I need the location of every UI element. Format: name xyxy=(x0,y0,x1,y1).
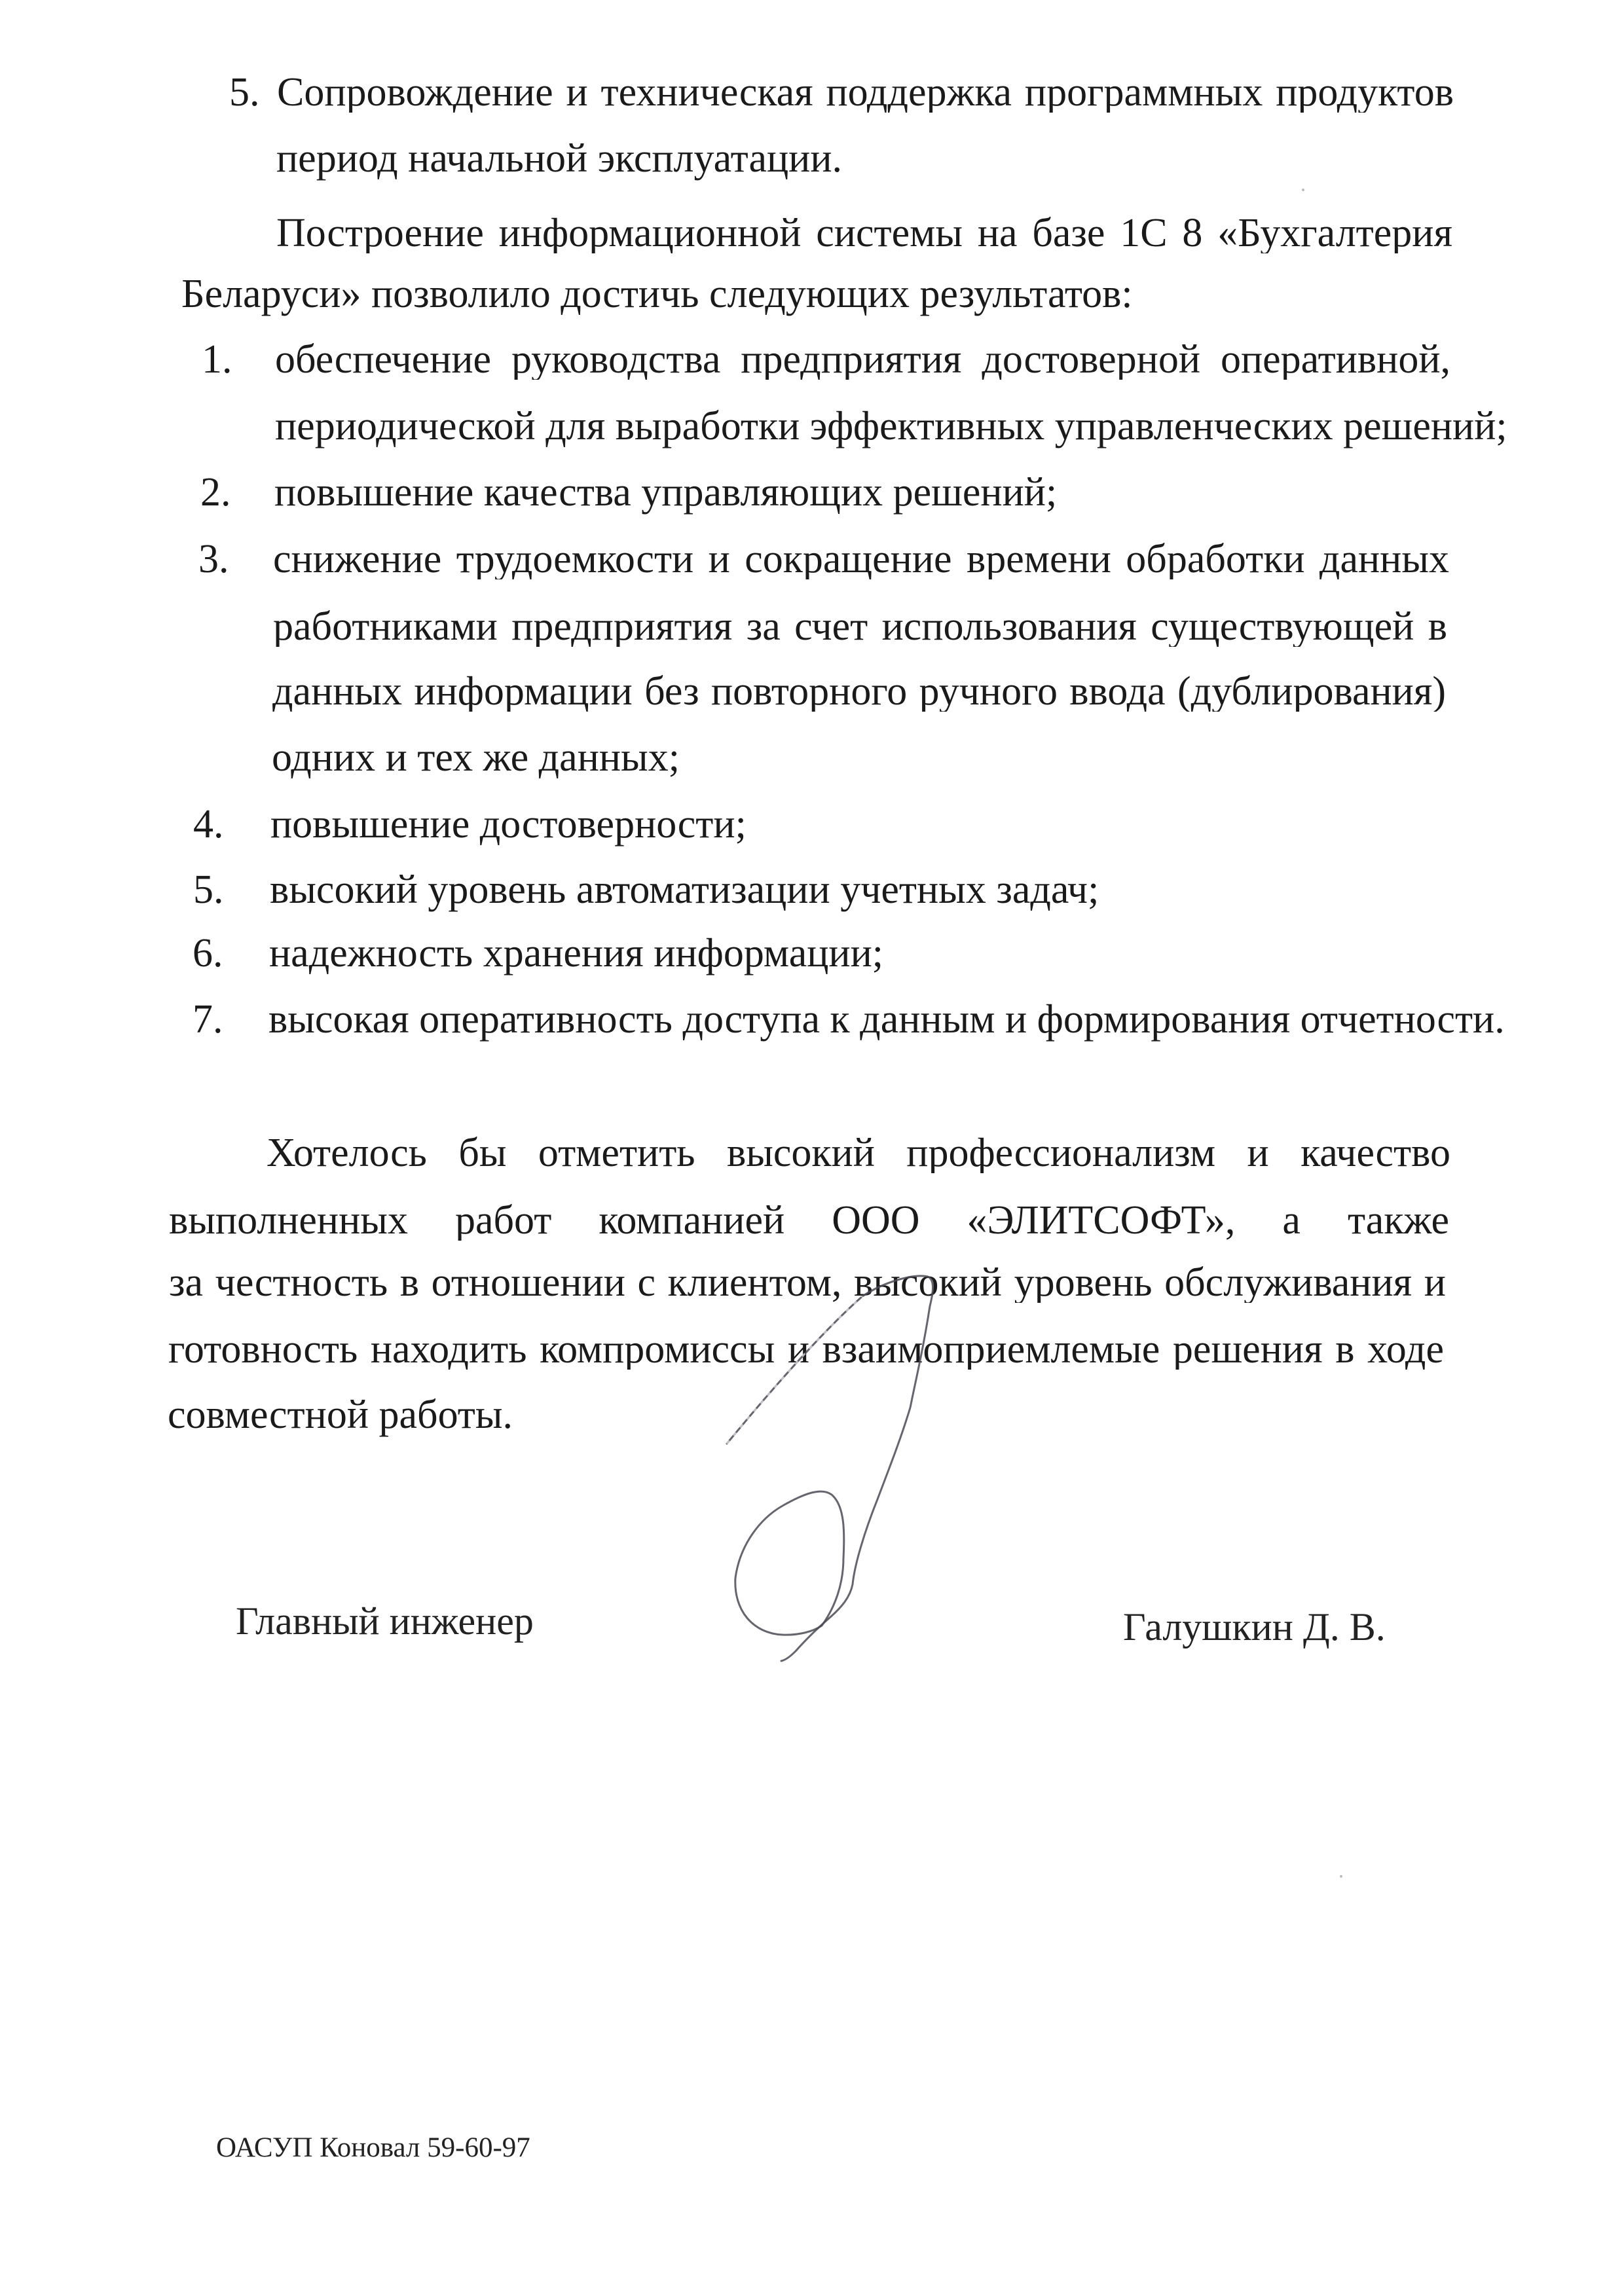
paragraph-line: Беларуси» позволило достичь следующих ре… xyxy=(181,274,1133,314)
list-number: 3. xyxy=(198,539,229,579)
paragraph-line: период начальной эксплуатации. xyxy=(276,138,842,179)
list-item-line: повышение достоверности; xyxy=(270,804,747,845)
list-item-line: высокий уровень автоматизации учетных за… xyxy=(270,869,1099,910)
list-item-line: данных информации без повторного ручного… xyxy=(272,671,1446,712)
list-number: 1. xyxy=(202,339,232,380)
signatory-position: Главный инженер xyxy=(236,1601,534,1641)
signatory-name: Галушкин Д. В. xyxy=(1123,1607,1386,1647)
paragraph-line: выполненных работ компанией ООО «ЭЛИТСОФ… xyxy=(169,1200,1449,1241)
list-number: 5. xyxy=(229,72,260,113)
list-number: 6. xyxy=(193,933,223,974)
paragraph-line: Построение информационной системы на баз… xyxy=(276,213,1452,253)
scan-speck xyxy=(1302,189,1304,191)
list-number: 2. xyxy=(200,472,231,513)
list-number: 5. xyxy=(193,869,224,910)
list-number: 4. xyxy=(193,804,224,845)
list-item-line: снижение трудоемкости и сокращение време… xyxy=(273,539,1449,579)
list-item-line: одних и тех же данных; xyxy=(272,737,680,778)
paragraph-line: Сопровождение и техническая поддержка пр… xyxy=(277,72,1454,113)
paragraph-line: Хотелось бы отметить высокий профессиона… xyxy=(267,1133,1450,1173)
list-number: 7. xyxy=(193,999,223,1040)
document-page: 5. Сопровождение и техническая поддержка… xyxy=(0,0,1624,2296)
list-item-line: обеспечение руководства предприятия дост… xyxy=(275,339,1450,380)
paragraph-line: совместной работы. xyxy=(168,1394,513,1435)
list-item-line: работниками предприятия за счет использо… xyxy=(273,606,1447,647)
list-item-line: повышение качества управляющих решений; xyxy=(274,472,1057,513)
list-item-line: периодической для выработки эффективных … xyxy=(275,406,1507,446)
paragraph-line: готовность находить компромиссы и взаимо… xyxy=(168,1329,1444,1370)
list-item-line: высокая оперативность доступа к данным и… xyxy=(268,999,1505,1040)
footer-contact: ОАСУП Коновал 59-60-97 xyxy=(216,2134,530,2162)
scan-speck xyxy=(1340,1875,1342,1878)
list-item-line: надежность хранения информации; xyxy=(269,933,883,974)
paragraph-line: за честность в отношении с клиентом, выс… xyxy=(169,1262,1446,1303)
